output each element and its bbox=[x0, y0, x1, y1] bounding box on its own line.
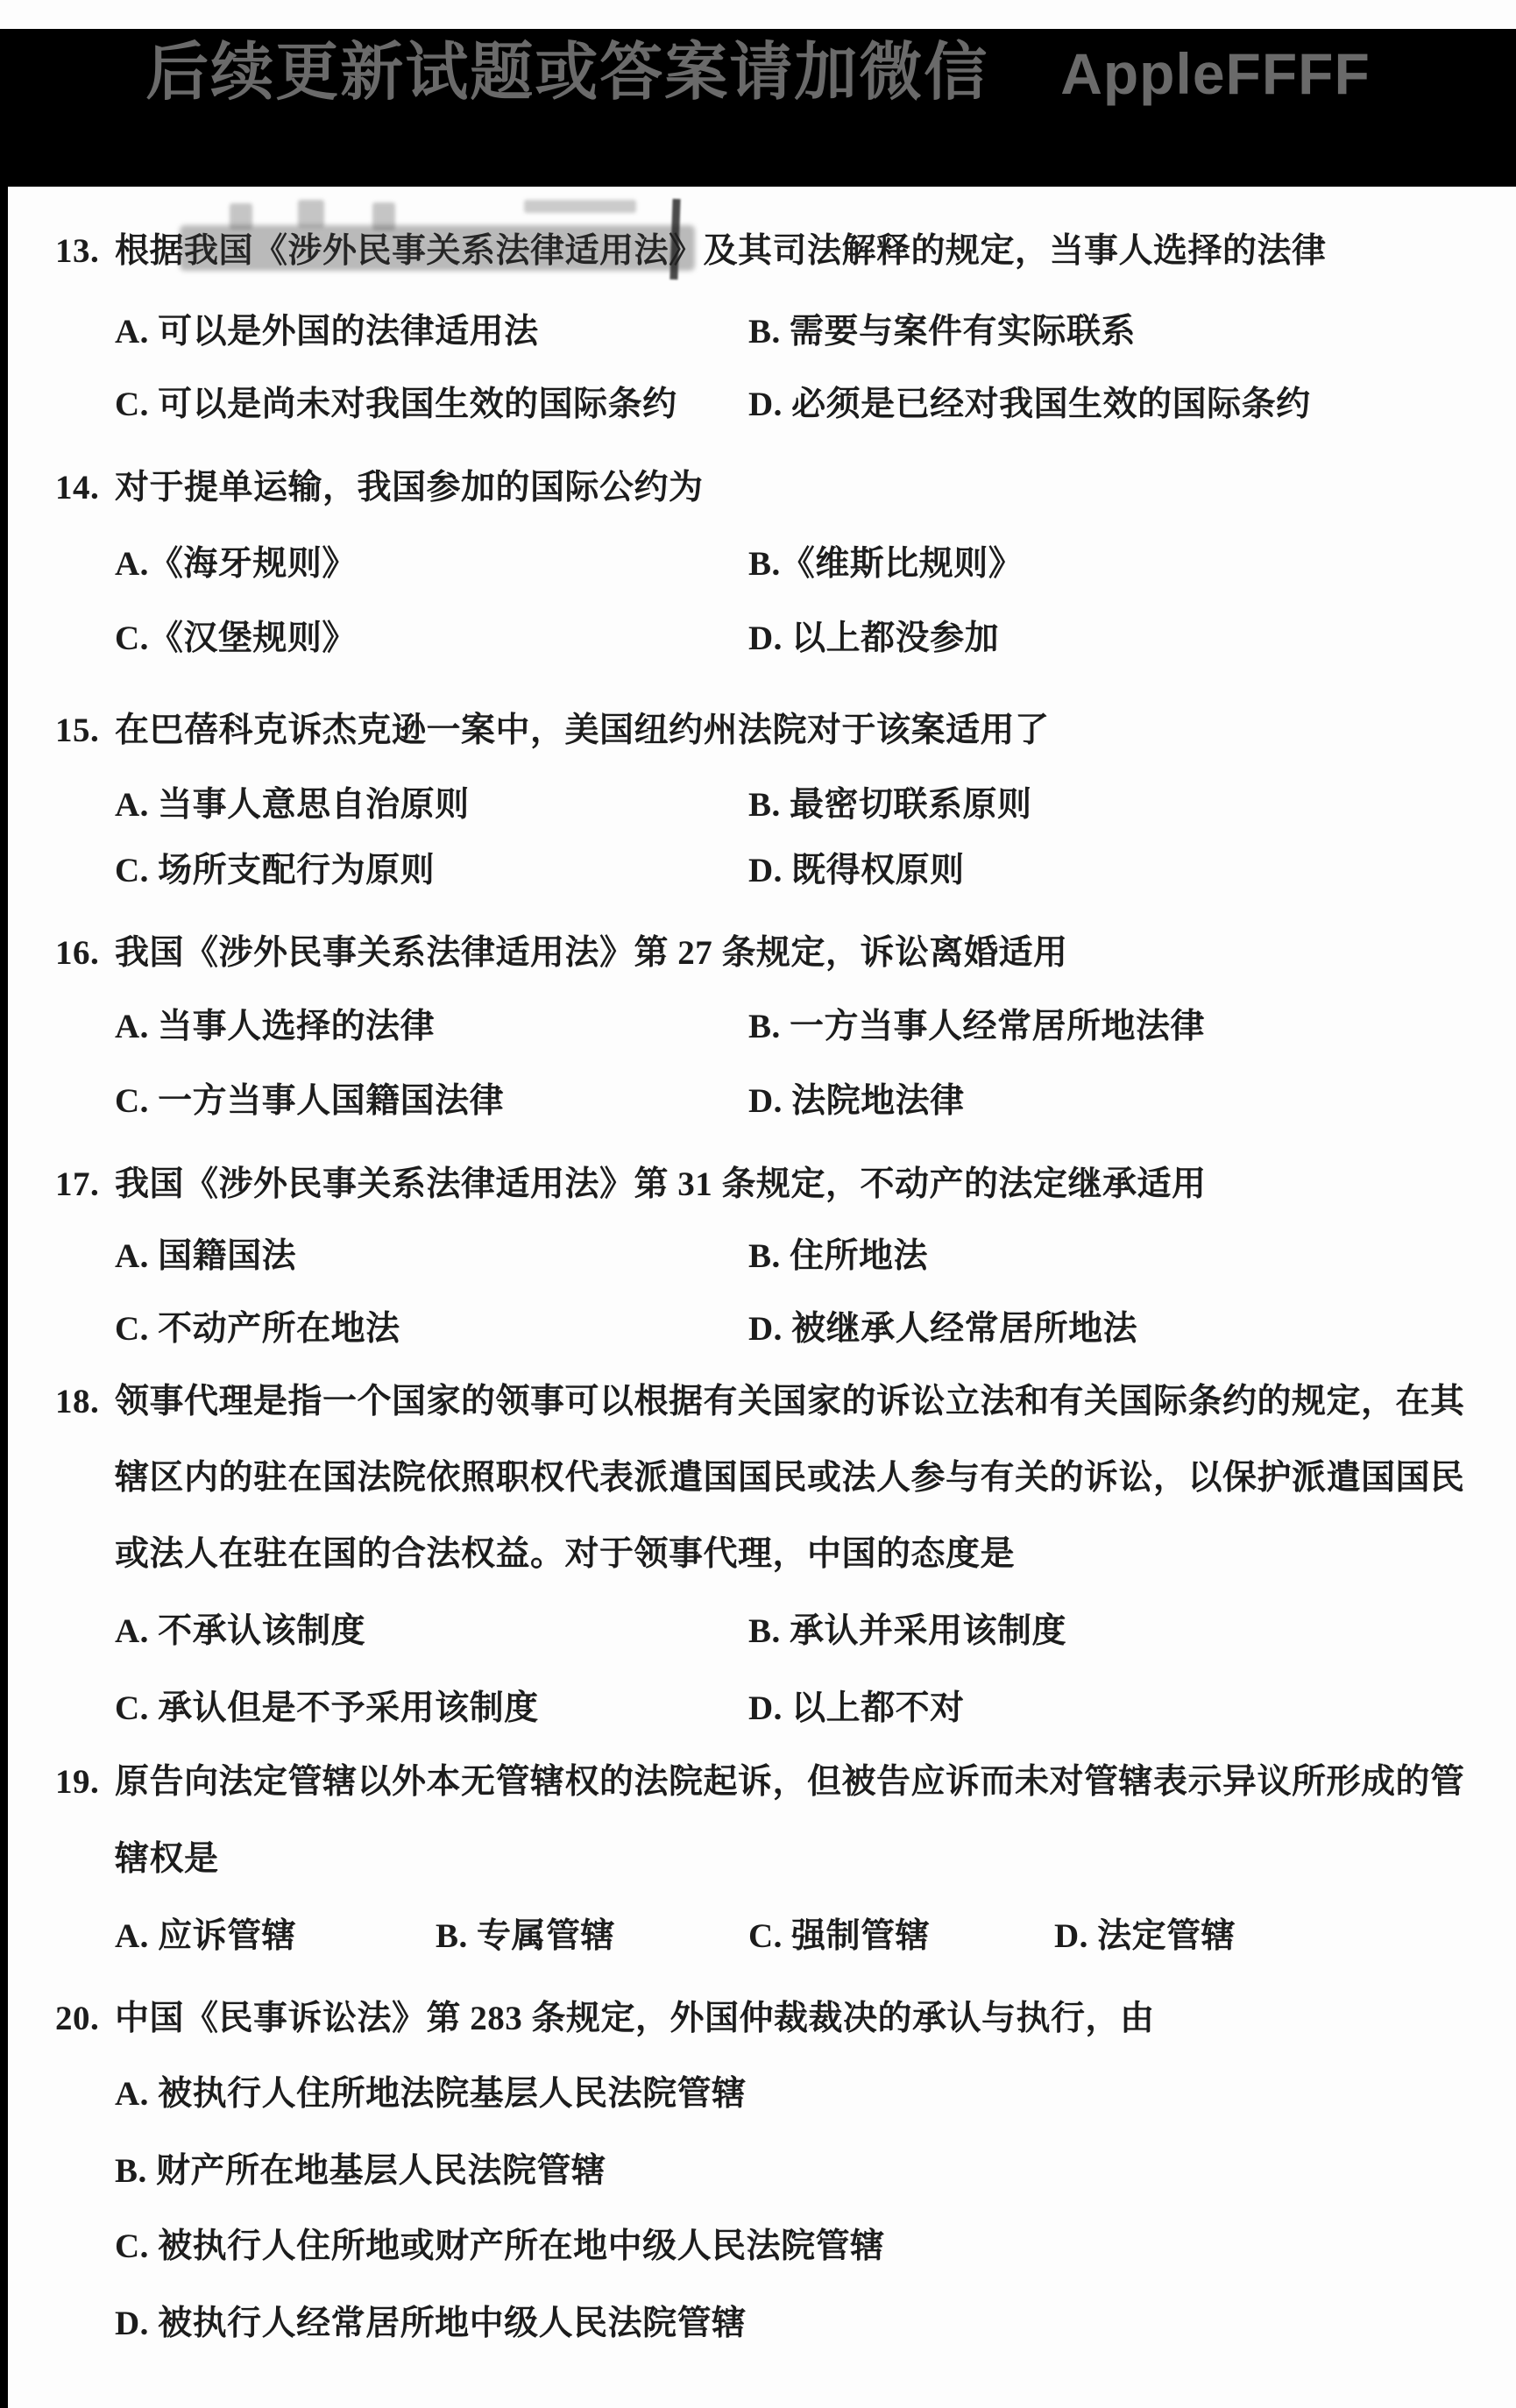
question-18-stem-line-1: 领事代理是指一个国家的领事可以根据有关国家的诉讼立法和有关国际条约的规定，在其 bbox=[115, 1383, 1465, 1421]
question-20-option-c: C. 被执行人住所地或财产所在地中级人民法院管辖 bbox=[115, 2227, 885, 2266]
question-16-option-b: B. 一方当事人经常居所地法律 bbox=[748, 1008, 1205, 1046]
scan-edge-bar bbox=[0, 29, 8, 2408]
question-17-option-b: B. 住所地法 bbox=[748, 1237, 928, 1276]
question-14-option-a: A.《海牙规则》 bbox=[115, 545, 357, 584]
scanned-exam-page: 后续更新试题或答案请加微信 AppleFFFF 13. 根据我国《涉外民事关系法… bbox=[0, 0, 1516, 2408]
question-17-option-c: C. 不动产所在地法 bbox=[115, 1310, 400, 1349]
question-17-number: 17. bbox=[55, 1165, 99, 1204]
question-15-option-d: D. 既得权原则 bbox=[748, 852, 965, 890]
question-17-stem: 我国《涉外民事关系法律适用法》第 31 条规定，不动产的法定继承适用 bbox=[115, 1165, 1207, 1204]
question-14-option-c: C.《汉堡规则》 bbox=[115, 620, 357, 658]
question-15-stem: 在巴蓓科克诉杰克逊一案中，美国纽约州法院对于该案适用了 bbox=[115, 712, 1050, 750]
question-20-number: 20. bbox=[55, 2000, 99, 2038]
question-13-option-b: B. 需要与案件有实际联系 bbox=[748, 313, 1136, 351]
question-16-option-d: D. 法院地法律 bbox=[748, 1082, 965, 1121]
banner-chinese-text: 后续更新试题或答案请加微信 bbox=[145, 32, 988, 115]
watermark-banner: 后续更新试题或答案请加微信 AppleFFFF bbox=[0, 29, 1516, 187]
question-19-number: 19. bbox=[55, 1763, 99, 1802]
question-19-stem-line-1: 原告向法定管辖以外本无管辖权的法院起诉，但被告应诉而未对管辖表示异议所形成的管 bbox=[115, 1763, 1465, 1802]
question-18-stem-line-3: 或法人在驻在国的合法权益。对于领事代理，中国的态度是 bbox=[115, 1535, 1015, 1574]
question-15-option-b: B. 最密切联系原则 bbox=[748, 786, 1032, 825]
question-14-option-d: D. 以上都没参加 bbox=[748, 620, 999, 658]
question-17-option-a: A. 国籍国法 bbox=[115, 1237, 296, 1276]
question-20-stem: 中国《民事诉讼法》第 283 条规定，外国仲裁裁决的承认与执行，由 bbox=[115, 2000, 1155, 2038]
question-17-option-d: D. 被继承人经常居所地法 bbox=[748, 1310, 1137, 1349]
question-18-option-a: A. 不承认该制度 bbox=[115, 1612, 365, 1651]
question-16-option-c: C. 一方当事人国籍国法律 bbox=[115, 1082, 504, 1121]
question-19-option-c: C. 强制管辖 bbox=[748, 1917, 930, 1956]
question-20-option-a: A. 被执行人住所地法院基层人民法院管辖 bbox=[115, 2075, 747, 2114]
question-18-option-c: C. 承认但是不予采用该制度 bbox=[115, 1689, 539, 1728]
question-14-number: 14. bbox=[55, 469, 99, 507]
scan-artifact-smudge bbox=[180, 225, 695, 271]
question-16-stem: 我国《涉外民事关系法律适用法》第 27 条规定，诉讼离婚适用 bbox=[115, 934, 1068, 973]
question-15-number: 15. bbox=[55, 712, 99, 750]
question-13-number: 13. bbox=[55, 232, 99, 271]
question-15-option-c: C. 场所支配行为原则 bbox=[115, 852, 435, 890]
question-18-stem-line-2: 辖区内的驻在国法院依照职权代表派遣国国民或法人参与有关的诉讼，以保护派遣国国民 bbox=[115, 1459, 1465, 1498]
question-18-option-d: D. 以上都不对 bbox=[748, 1689, 965, 1728]
question-14-stem: 对于提单运输，我国参加的国际公约为 bbox=[115, 469, 704, 507]
banner-wechat-id: AppleFFFF bbox=[1060, 32, 1371, 117]
scan-artifact-ghost-2 bbox=[298, 200, 324, 228]
question-19-option-b: B. 专属管辖 bbox=[436, 1917, 615, 1956]
question-15-option-a: A. 当事人意思自治原则 bbox=[115, 786, 470, 825]
question-18-option-b: B. 承认并采用该制度 bbox=[748, 1612, 1066, 1651]
question-13-option-d: D. 必须是已经对我国生效的国际条约 bbox=[748, 386, 1311, 424]
question-19-option-d: D. 法定管辖 bbox=[1054, 1917, 1236, 1956]
question-20-option-d: D. 被执行人经常居所地中级人民法院管辖 bbox=[115, 2305, 747, 2343]
question-16-number: 16. bbox=[55, 934, 99, 973]
question-13-option-a: A. 可以是外国的法律适用法 bbox=[115, 313, 539, 351]
question-13-option-c: C. 可以是尚未对我国生效的国际条约 bbox=[115, 386, 677, 424]
question-16-option-a: A. 当事人选择的法律 bbox=[115, 1008, 435, 1046]
question-18-number: 18. bbox=[55, 1383, 99, 1421]
question-19-stem-line-2: 辖权是 bbox=[115, 1840, 219, 1879]
question-19-option-a: A. 应诉管辖 bbox=[115, 1917, 296, 1956]
question-14-option-b: B.《维斯比规则》 bbox=[748, 545, 1023, 584]
question-20-option-b: B. 财产所在地基层人民法院管辖 bbox=[115, 2152, 606, 2191]
scan-artifact-ghost-4 bbox=[524, 200, 636, 213]
